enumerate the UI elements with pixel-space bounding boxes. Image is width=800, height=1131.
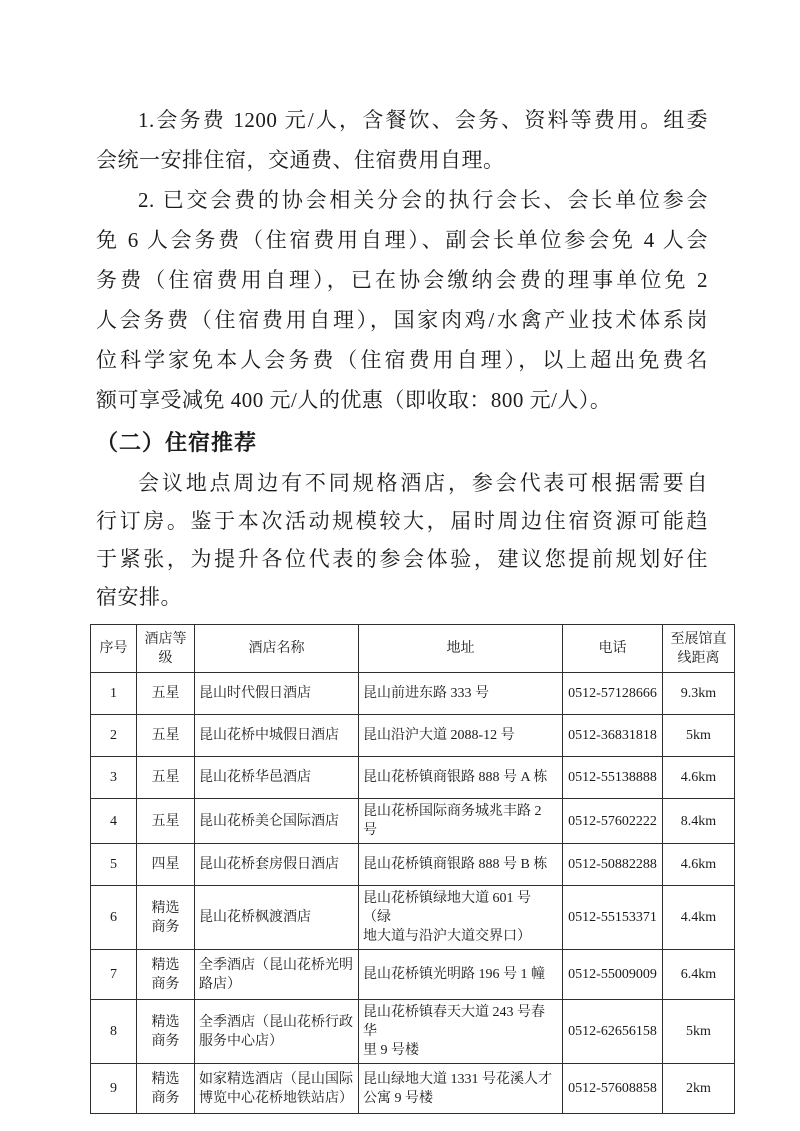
table-cell-distance: 4.6km [663, 757, 735, 799]
table-row: 5四星昆山花桥套房假日酒店昆山花桥镇商银路 888 号 B 栋0512-5088… [91, 844, 735, 886]
text-line: 位科学家免本人会务费（住宿费用自理），以上超出免费名 [96, 340, 708, 380]
text-line: 额可享受减免 400 元/人的优惠（即收取：800 元/人）。 [96, 380, 708, 420]
table-cell-phone: 0512-57608858 [563, 1064, 663, 1114]
table-cell-address: 昆山花桥镇春天大道 243 号春华 里 9 号楼 [359, 1000, 563, 1064]
table-cell-no: 7 [91, 950, 137, 1000]
table-cell-distance: 8.4km [663, 799, 735, 844]
table-row: 3五星昆山花桥华邑酒店昆山花桥镇商银路 888 号 A 栋0512-551388… [91, 757, 735, 799]
table-cell-distance: 2km [663, 1064, 735, 1114]
table-cell-name: 昆山时代假日酒店 [195, 673, 359, 715]
column-header: 酒店名称 [195, 625, 359, 673]
table-row: 1五星昆山时代假日酒店昆山前进东路 333 号0512-571286669.3k… [91, 673, 735, 715]
table-cell-name: 全季酒店（昆山花桥光明 路店） [195, 950, 359, 1000]
table-cell-no: 2 [91, 715, 137, 757]
column-header: 地址 [359, 625, 563, 673]
table-cell-no: 6 [91, 886, 137, 950]
text-line: 宿安排。 [96, 578, 708, 616]
table-cell-distance: 5km [663, 1000, 735, 1064]
table-cell-phone: 0512-55153371 [563, 886, 663, 950]
table-cell-phone: 0512-55138888 [563, 757, 663, 799]
table-row: 6精选 商务昆山花桥枫渡酒店昆山花桥镇绿地大道 601 号（绿 地大道与沿沪大道… [91, 886, 735, 950]
table-cell-distance: 4.4km [663, 886, 735, 950]
table-cell-address: 昆山前进东路 333 号 [359, 673, 563, 715]
header-row: 序号酒店等 级酒店名称地址电话至展馆直 线距离 [91, 625, 735, 673]
table-cell-name: 如家精选酒店（昆山国际 博览中心花桥地铁站店） [195, 1064, 359, 1114]
table-cell-name: 昆山花桥华邑酒店 [195, 757, 359, 799]
table-cell-grade: 五星 [137, 757, 195, 799]
table-cell-grade: 四星 [137, 844, 195, 886]
table-cell-distance: 6.4km [663, 950, 735, 1000]
table-cell-name: 昆山花桥中城假日酒店 [195, 715, 359, 757]
table-cell-address: 昆山沿沪大道 2088-12 号 [359, 715, 563, 757]
column-header: 酒店等 级 [137, 625, 195, 673]
table-cell-distance: 5km [663, 715, 735, 757]
document-page: 1.会务费 1200 元/人，含餐饮、会务、资料等费用。组委会统一安排住宿，交通… [0, 0, 800, 1131]
section-heading: （二）住宿推荐 [96, 428, 736, 458]
table-cell-phone: 0512-57602222 [563, 799, 663, 844]
table-cell-no: 4 [91, 799, 137, 844]
table-cell-name: 昆山花桥美仑国际酒店 [195, 799, 359, 844]
table-cell-name: 昆山花桥枫渡酒店 [195, 886, 359, 950]
table-cell-grade: 五星 [137, 799, 195, 844]
table-cell-grade: 五星 [137, 715, 195, 757]
table-row: 2五星昆山花桥中城假日酒店昆山沿沪大道 2088-12 号0512-368318… [91, 715, 735, 757]
paragraph: 2. 已交会费的协会相关分会的执行会长、会长单位参会免 6 人会务费（住宿费用自… [96, 180, 708, 420]
table-cell-grade: 精选 商务 [137, 1064, 195, 1114]
table-cell-no: 9 [91, 1064, 137, 1114]
text-line: 务费（住宿费用自理），已在协会缴纳会费的理事单位免 2 [96, 260, 708, 300]
table-row: 4五星昆山花桥美仑国际酒店昆山花桥国际商务城兆丰路 2 号0512-576022… [91, 799, 735, 844]
table-row: 7精选 商务全季酒店（昆山花桥光明 路店）昆山花桥镇光明路 196 号 1 幢0… [91, 950, 735, 1000]
table-cell-no: 3 [91, 757, 137, 799]
table-cell-no: 1 [91, 673, 137, 715]
table-row: 8精选 商务全季酒店（昆山花桥行政 服务中心店）昆山花桥镇春天大道 243 号春… [91, 1000, 735, 1064]
column-header: 至展馆直 线距离 [663, 625, 735, 673]
table-cell-grade: 五星 [137, 673, 195, 715]
table-cell-distance: 9.3km [663, 673, 735, 715]
table-cell-grade: 精选 商务 [137, 950, 195, 1000]
table-cell-no: 8 [91, 1000, 137, 1064]
text-line: 2. 已交会费的协会相关分会的执行会长、会长单位参会 [96, 180, 708, 220]
text-line: 免 6 人会务费（住宿费用自理）、副会长单位参会免 4 人会 [96, 220, 708, 260]
hotel-table: 序号酒店等 级酒店名称地址电话至展馆直 线距离 1五星昆山时代假日酒店昆山前进东… [90, 624, 735, 1114]
section-paragraphs: 会议地点周边有不同规格酒店，参会代表可根据需要自行订房。鉴于本次活动规模较大，届… [96, 464, 708, 616]
table-cell-phone: 0512-50882288 [563, 844, 663, 886]
intro-paragraphs: 1.会务费 1200 元/人，含餐饮、会务、资料等费用。组委会统一安排住宿，交通… [96, 100, 708, 420]
table-cell-address: 昆山花桥镇光明路 196 号 1 幢 [359, 950, 563, 1000]
text-line: 于紧张，为提升各位代表的参会体验，建议您提前规划好住 [96, 540, 708, 578]
table-row: 9精选 商务如家精选酒店（昆山国际 博览中心花桥地铁站店）昆山绿地大道 1331… [91, 1064, 735, 1114]
text-line: 会议地点周边有不同规格酒店，参会代表可根据需要自 [96, 464, 708, 502]
hotel-table-body: 1五星昆山时代假日酒店昆山前进东路 333 号0512-571286669.3k… [91, 673, 735, 1114]
table-cell-grade: 精选 商务 [137, 886, 195, 950]
column-header: 电话 [563, 625, 663, 673]
table-cell-no: 5 [91, 844, 137, 886]
table-cell-name: 全季酒店（昆山花桥行政 服务中心店） [195, 1000, 359, 1064]
table-cell-phone: 0512-62656158 [563, 1000, 663, 1064]
table-cell-phone: 0512-55009009 [563, 950, 663, 1000]
text-line: 会统一安排住宿，交通费、住宿费用自理。 [96, 140, 708, 180]
table-cell-phone: 0512-36831818 [563, 715, 663, 757]
hotel-table-header: 序号酒店等 级酒店名称地址电话至展馆直 线距离 [91, 625, 735, 673]
column-header: 序号 [91, 625, 137, 673]
table-cell-address: 昆山花桥镇商银路 888 号 A 栋 [359, 757, 563, 799]
paragraph: 1.会务费 1200 元/人，含餐饮、会务、资料等费用。组委会统一安排住宿，交通… [96, 100, 708, 180]
table-cell-phone: 0512-57128666 [563, 673, 663, 715]
table-cell-distance: 4.6km [663, 844, 735, 886]
table-cell-name: 昆山花桥套房假日酒店 [195, 844, 359, 886]
table-cell-address: 昆山花桥国际商务城兆丰路 2 号 [359, 799, 563, 844]
table-cell-address: 昆山花桥镇绿地大道 601 号（绿 地大道与沿沪大道交界口） [359, 886, 563, 950]
text-line: 人会务费（住宿费用自理），国家肉鸡/水禽产业技术体系岗 [96, 300, 708, 340]
table-cell-address: 昆山花桥镇商银路 888 号 B 栋 [359, 844, 563, 886]
paragraph: 会议地点周边有不同规格酒店，参会代表可根据需要自行订房。鉴于本次活动规模较大，届… [96, 464, 708, 616]
text-line: 行订房。鉴于本次活动规模较大，届时周边住宿资源可能趋 [96, 502, 708, 540]
table-cell-address: 昆山绿地大道 1331 号花溪人才 公寓 9 号楼 [359, 1064, 563, 1114]
text-line: 1.会务费 1200 元/人，含餐饮、会务、资料等费用。组委 [96, 100, 708, 140]
table-cell-grade: 精选 商务 [137, 1000, 195, 1064]
